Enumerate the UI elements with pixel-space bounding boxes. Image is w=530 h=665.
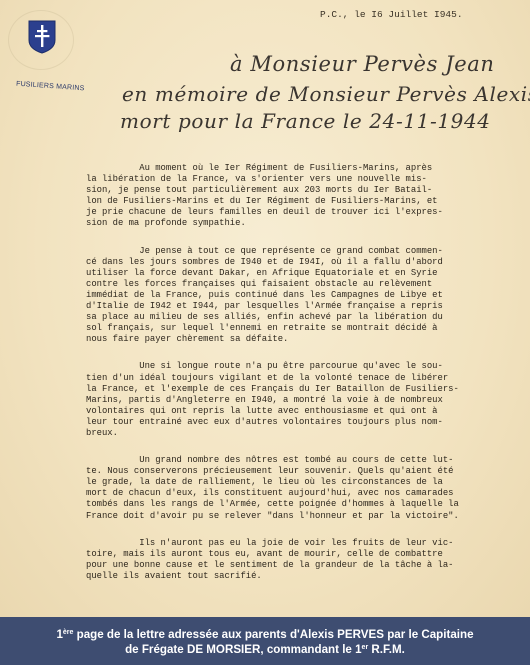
paragraph: Une si longue route n'a pu être parcouru…	[86, 361, 506, 439]
caption-bar: 1ère page de la lettre adressée aux pare…	[0, 617, 530, 665]
caption-line-1: 1ère page de la lettre adressée aux pare…	[0, 627, 530, 642]
letter-body: Au moment où le Ier Régiment de Fusilier…	[86, 163, 506, 598]
paragraph: Ils n'auront pas eu la joie de voir les …	[86, 538, 506, 582]
cross-of-lorraine-shield-icon	[28, 20, 56, 54]
paragraph: Je pense à tout ce que représente ce gra…	[86, 246, 506, 346]
caption-line-2: de Frégate DE MORSIER, commandant le 1er…	[0, 642, 530, 657]
letter-page: FUSILIERS MARINS P.C., le I6 Juillet I94…	[0, 0, 530, 617]
paragraph: Un grand nombre des nôtres est tombé au …	[86, 455, 506, 522]
handwritten-dedication-line-2: en mémoire de Monsieur Pervès Alexis	[122, 82, 530, 106]
paragraph: Au moment où le Ier Régiment de Fusilier…	[86, 163, 506, 230]
dateline: P.C., le I6 Juillet I945.	[320, 9, 463, 20]
handwritten-dedication-line-1: à Monsieur Pervès Jean	[230, 52, 495, 76]
handwritten-dedication-line-3: mort pour la France le 24-11-1944	[120, 109, 491, 133]
unit-name: FUSILIERS MARINS	[16, 81, 85, 93]
letterhead-emblem: FUSILIERS MARINS	[6, 6, 68, 96]
